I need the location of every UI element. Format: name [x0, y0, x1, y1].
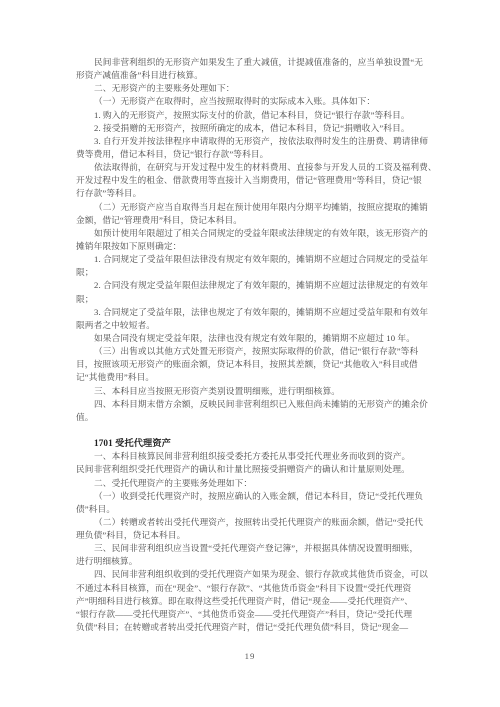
text-line: 四、民间非营利组织收到的受托代理资产如果为现金、银行存款或其他货币资金，可以 [76, 568, 428, 581]
text-line: 三、本科目应当按照无形资产类别设置明细账，进行明细核算。 [76, 385, 428, 398]
text-line: 开发过程中发生的租金、借款费用等直接计入当期费用，借记“管理费用”等科目，贷记“… [76, 174, 428, 187]
text-line: （二）转赠或者转出受托代理资产，按照转出受托代理资产的账面余额，借记“受托代 [76, 516, 428, 529]
text-line: 二、无形资产的主要账务处理如下： [76, 82, 428, 95]
text-line: 限两者之中较短者。 [76, 319, 428, 332]
text-line: 2. 合同没有规定受益年限但法律规定了有效年限的，摊销期不应超过法律规定的有效年 [76, 279, 428, 292]
text-line: 行存款”等科目。 [76, 187, 428, 200]
text-line: （一）收到受托代理资产时，按照应确认的入账金额，借记本科目，贷记“受托代理负 [76, 490, 428, 503]
text-line: 1. 合同规定了受益年限但法律没有规定有效年限的，摊销期不应超过合同规定的受益年 [76, 253, 428, 266]
text-line: 金额，借记“管理费用”科目，贷记本科目。 [76, 214, 428, 227]
text-line: 费等费用，借记本科目，贷记“银行存款”等科目。 [76, 148, 428, 161]
blank-line [76, 424, 428, 437]
text-line: （一）无形资产在取得时，应当按照取得时的实际成本入账。具体如下： [76, 95, 428, 108]
document-body: 民间非营利组织的无形资产如果发生了重大减值，计提减值准备的，应当单独设置“无形资… [76, 56, 428, 634]
text-line: 理负债”科目，贷记本科目。 [76, 529, 428, 542]
text-line: 一、本科目核算民间非营利组织接受委托方委托从事受托代理业务而收到的资产。 [76, 450, 428, 463]
text-line: 3. 自行开发并按法律程序申请取得的无形资产，按依法取得时发生的注册费、聘请律师 [76, 135, 428, 148]
text-line: 3. 合同规定了受益年限，法律也规定了有效年限的，摊销期不应超过受益年限和有效年 [76, 306, 428, 319]
text-line: 民间非营利组织受托代理资产的确认和计量比照接受捐赠资产的确认和计量原则处理。 [76, 463, 428, 476]
text-line: 四、本科目期末借方余额，反映民间非营利组织已入账但尚未摊销的无形资产的摊余价 [76, 398, 428, 411]
text-line: 摊销年限按如下原则确定： [76, 240, 428, 253]
document-page: 民间非营利组织的无形资产如果发生了重大减值，计提减值准备的，应当单独设置“无形资… [0, 0, 500, 707]
text-line: 记“其他费用”科目。 [76, 371, 428, 384]
text-line: 限； [76, 293, 428, 306]
text-line: 进行明细核算。 [76, 555, 428, 568]
text-line: 三、民间非营利组织应当设置“受托代理资产登记簿”，并根据具体情况设置明细账， [76, 542, 428, 555]
text-line: 如果合同没有规定受益年限，法律也没有规定有效年限的，摊销期不应超过 10 年。 [76, 332, 428, 345]
text-line: 值。 [76, 411, 428, 424]
text-line: 不通过本科目核算，而在“现金”、“银行存款”、“其他货币资金”科目下设置“受托代… [76, 582, 428, 595]
text-line: 二、受托代理资产的主要账务处理如下： [76, 477, 428, 490]
text-line: 依法取得前，在研究与开发过程中发生的材料费用、直接参与开发人员的工资及福利费、 [76, 161, 428, 174]
text-line: 1. 购入的无形资产，按照实际支付的价款，借记本科目，贷记“银行存款”等科目。 [76, 109, 428, 122]
section-heading: 1701 受托代理资产 [76, 437, 428, 450]
text-line: （二）无形资产应当自取得当月起在预计使用年限内分期平均摊销，按照应提取的摊销 [76, 201, 428, 214]
text-line: 2. 接受捐赠的无形资产，按照所确定的成本，借记本科目，贷记“捐赠收入”科目。 [76, 122, 428, 135]
text-line: 目，按照该项无形资产的账面余额，贷记本科目，按照其差额，贷记“其他收入”科目或借 [76, 358, 428, 371]
text-line: “银行存款——受托代理资产”、“其他货币资金——受托代理资产”科目，贷记“受托代… [76, 608, 428, 621]
text-line: 民间非营利组织的无形资产如果发生了重大减值，计提减值准备的，应当单独设置“无 [76, 56, 428, 69]
page-number: 19 [0, 651, 500, 661]
text-line: 产”明细科目进行核算。即在取得这些受托代理资产时，借记“现金——受托代理资产”、 [76, 595, 428, 608]
text-line: （三）出售或以其他方式处置无形资产，按照实际取得的价款，借记“银行存款”等科 [76, 345, 428, 358]
text-line: 如预计使用年限超过了相关合同规定的受益年限或法律规定的有效年限，该无形资产的 [76, 227, 428, 240]
text-line: 限； [76, 266, 428, 279]
text-line: 债”科目。 [76, 503, 428, 516]
text-line: 负债”科目；在转赠或者转出受托代理资产时，借记“受托代理负债”科目，贷记“现金— [76, 621, 428, 634]
text-line: 形资产减值准备”科目进行核算。 [76, 69, 428, 82]
